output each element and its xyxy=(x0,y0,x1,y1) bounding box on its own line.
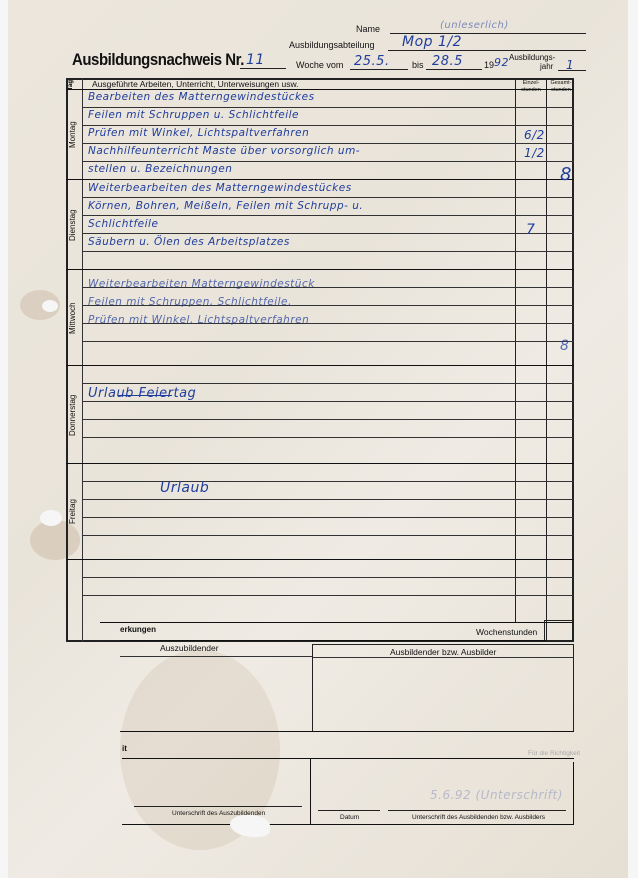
day-label-dienstag: Dienstag xyxy=(68,180,82,270)
name-value[interactable]: (unleserlich) xyxy=(440,20,509,31)
ruled-line xyxy=(82,341,574,342)
einzel-divider xyxy=(515,78,516,622)
day-label-donnerstag: Donnerstag xyxy=(68,366,82,464)
name-label: Name xyxy=(356,24,380,34)
ruled-line xyxy=(66,559,574,560)
ruled-line xyxy=(66,269,574,270)
ruled-line xyxy=(82,233,574,234)
form-title: Ausbildungsnachweis Nr. xyxy=(72,50,244,70)
col-einzel-header: Einzel-stunden xyxy=(517,80,545,94)
ruled-line xyxy=(82,215,574,216)
ruled-line xyxy=(82,419,574,420)
dienstag-line-4[interactable]: Säubern u. Ölen des Arbeitsplatzes xyxy=(88,236,290,248)
dienstag-line-3[interactable]: Schlichtfeile xyxy=(88,218,158,230)
ruled-line xyxy=(82,535,574,536)
signature-right-border xyxy=(573,762,574,824)
montag-line-2[interactable]: Feilen mit Schruppen u. Schlichtfeile xyxy=(88,109,299,121)
montag-line-3[interactable]: Prüfen mit Winkel, Lichtspaltverfahren xyxy=(88,127,309,139)
dienstag-line-2[interactable]: Körnen, Bohren, Meißeln, Feilen mit Schr… xyxy=(88,200,363,212)
signature-top-line xyxy=(122,758,574,759)
ruled-line xyxy=(82,437,574,438)
fuer-richtigkeit-label: Für die Richtigkeit xyxy=(528,750,580,757)
ruled-line xyxy=(82,143,574,144)
col-arbeiten-header: Ausgeführte Arbeiten, Unterricht, Unterw… xyxy=(92,79,298,89)
mittwoch-gesamt[interactable]: 8 xyxy=(560,338,569,354)
montag-einzel-4[interactable]: 1/2 xyxy=(524,146,545,160)
dienstag-line-1[interactable]: Weiterbearbeiten des Matterngewindestück… xyxy=(88,182,352,194)
tag-divider xyxy=(82,78,83,642)
freitag-line-1[interactable]: Urlaub xyxy=(160,480,209,496)
bemerkungen-top-line xyxy=(100,622,574,623)
abteilung-label: Ausbildungsabteilung xyxy=(289,40,375,50)
bemerkungen-section-bottom xyxy=(120,731,574,732)
ruled-line xyxy=(82,595,574,596)
col-gesamt-header: Gesamt-stunden xyxy=(548,80,574,94)
signature-bottom-line xyxy=(122,824,574,825)
abteilung-value[interactable]: Mop 1/2 xyxy=(402,34,462,50)
woche-von-line xyxy=(350,69,408,70)
wochenstunden-field[interactable] xyxy=(544,620,574,642)
abteilung-line xyxy=(388,50,586,51)
torn-hole xyxy=(42,300,58,312)
ausbilder-signature-line[interactable] xyxy=(388,810,566,811)
gesamt-divider xyxy=(546,78,547,642)
azubi-signature-line[interactable] xyxy=(134,806,302,807)
ruled-line xyxy=(66,179,574,180)
woche-von-value[interactable]: 25.5. xyxy=(354,54,390,69)
montag-line-5[interactable]: stellen u. Bezeichnungen xyxy=(88,163,232,175)
bemerkungen-bottom-line xyxy=(120,640,546,641)
header-row-line xyxy=(66,89,574,90)
bis-label: bis xyxy=(412,60,424,70)
ausbildungsjahr-value[interactable]: 1 xyxy=(566,58,574,72)
bemerkungen-label: erkungen xyxy=(120,625,156,634)
montag-einzel-3[interactable]: 6/2 xyxy=(524,128,545,142)
ausbilder-signature-label: Unterschrift des Ausbildenden bzw. Ausbi… xyxy=(412,814,545,821)
day-label-montag: Montag xyxy=(68,90,82,180)
dienstag-einzel[interactable]: 7 xyxy=(526,222,535,238)
ruled-line xyxy=(82,577,574,578)
donnerstag-line-1[interactable]: Urlaub Feiertag xyxy=(88,386,196,401)
montag-gesamt[interactable]: 8 xyxy=(560,164,572,185)
unterschrift-section-label: it xyxy=(122,744,127,753)
nr-value[interactable]: 11 xyxy=(246,52,265,68)
faded-signature: 5.6.92 (Unterschrift) xyxy=(430,788,563,802)
ausbildungsjahr-label-2: jahr xyxy=(540,62,553,71)
montag-line-1[interactable]: Bearbeiten des Matterngewindestückes xyxy=(88,91,315,103)
montag-line-4[interactable]: Nachhilfeunterricht Maste über vorsorgli… xyxy=(88,145,360,157)
ruled-line xyxy=(82,481,574,482)
mittwoch-line-2[interactable]: Feilen mit Schruppen, Schlichtfeile, xyxy=(88,296,292,308)
ruled-line xyxy=(82,517,574,518)
ruled-line xyxy=(82,251,574,252)
ausbildungsjahr-label: Ausbildungs- xyxy=(509,53,555,62)
jahr-value[interactable]: 92 xyxy=(494,56,509,69)
ruled-line xyxy=(66,365,574,366)
ruled-line xyxy=(82,125,574,126)
ruled-line xyxy=(82,197,574,198)
datum-line[interactable] xyxy=(318,810,380,811)
datum-label: Datum xyxy=(340,814,359,821)
ruled-line xyxy=(82,161,574,162)
ruled-line xyxy=(82,383,574,384)
nr-line xyxy=(240,68,286,69)
mittwoch-line-1[interactable]: Weiterbearbeiten Matterngewindestück xyxy=(88,278,315,290)
jahr-prefix: 19 xyxy=(484,60,494,70)
auszubildender-label: Auszubildender xyxy=(160,643,219,653)
ruled-line xyxy=(82,499,574,500)
ruled-line xyxy=(66,463,574,464)
strikethrough-mark xyxy=(118,395,172,396)
day-label-freitag: Freitag xyxy=(68,464,82,560)
signature-divider xyxy=(310,758,311,824)
day-label-mittwoch: Mittwoch xyxy=(68,270,82,366)
woche-bis-value[interactable]: 28.5 xyxy=(432,54,463,69)
ausbilder-header-line xyxy=(313,657,573,658)
ruled-line xyxy=(82,107,574,108)
azubi-header-line xyxy=(120,656,312,657)
ruled-line xyxy=(82,401,574,402)
wochenstunden-label: Wochenstunden xyxy=(476,627,537,637)
woche-label: Woche vom xyxy=(296,60,343,70)
woche-bis-line xyxy=(426,69,482,70)
mittwoch-line-3[interactable]: Prüfen mit Winkel, Lichtspaltverfahren xyxy=(88,314,309,326)
torn-hole xyxy=(40,510,62,526)
